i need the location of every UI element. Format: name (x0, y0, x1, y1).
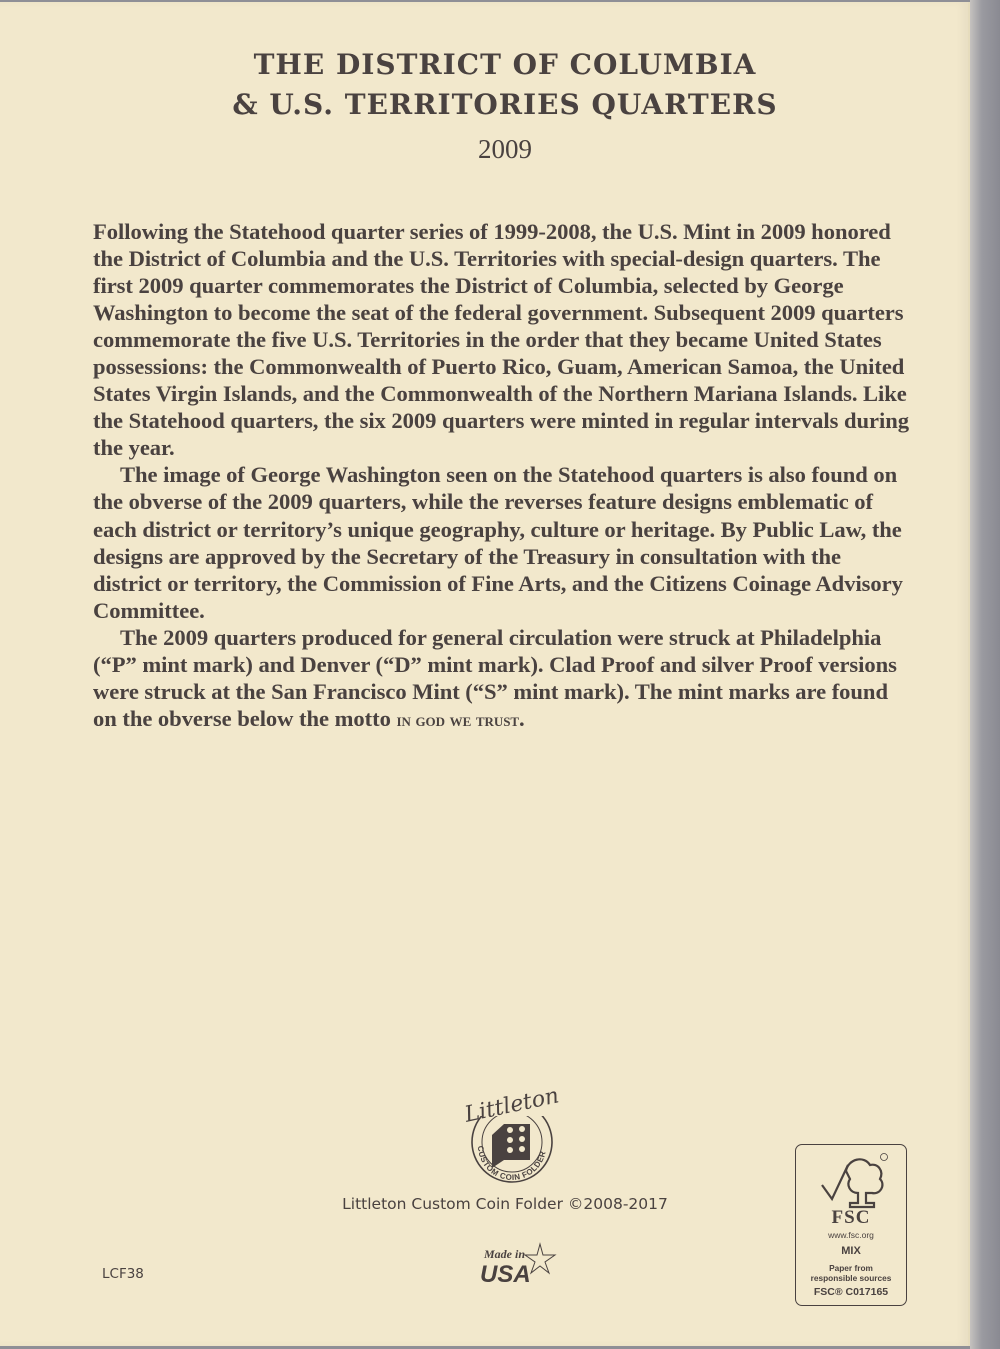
description-text: Following the Statehood quarter series o… (93, 218, 913, 734)
page-title-line-1: THE DISTRICT OF COLUMBIA (0, 48, 1000, 81)
fsc-desc-line-1: Paper from (796, 1263, 906, 1273)
usa-text: USA (480, 1261, 531, 1288)
fsc-license: FSC® C017165 (796, 1286, 906, 1298)
scan-edge (970, 0, 1000, 1349)
page-title-line-2: & U.S. TERRITORIES QUARTERS (0, 88, 1000, 121)
paragraph-intro: Following the Statehood quarter series o… (93, 218, 913, 461)
fsc-type: MIX (796, 1245, 906, 1257)
product-code: LCF38 (102, 1266, 144, 1282)
fsc-tree-icon (816, 1151, 890, 1211)
paragraph-mints: The 2009 quarters produced for general c… (93, 624, 913, 734)
motto-text: In God We Trust (396, 710, 519, 731)
page-year: 2009 (0, 134, 1000, 165)
made-in-usa-icon: Made in USA (478, 1242, 558, 1288)
fsc-brand: FSC (796, 1207, 906, 1229)
paragraph-designs: The image of George Washington seen on t… (93, 461, 913, 623)
fsc-description: Paper from responsible sources (796, 1263, 906, 1283)
made-in-text: Made in (483, 1247, 525, 1261)
fsc-label: FSC www.fsc.org MIX Paper from responsib… (795, 1144, 907, 1306)
folder-back-cover: THE DISTRICT OF COLUMBIA & U.S. TERRITOR… (0, 2, 970, 1346)
fsc-url: www.fsc.org (796, 1230, 906, 1240)
final-period: . (519, 706, 525, 731)
littleton-logo-icon: CUSTOM COIN FOLDER Littleton (452, 1080, 572, 1190)
fsc-desc-line-2: responsible sources (796, 1273, 906, 1283)
